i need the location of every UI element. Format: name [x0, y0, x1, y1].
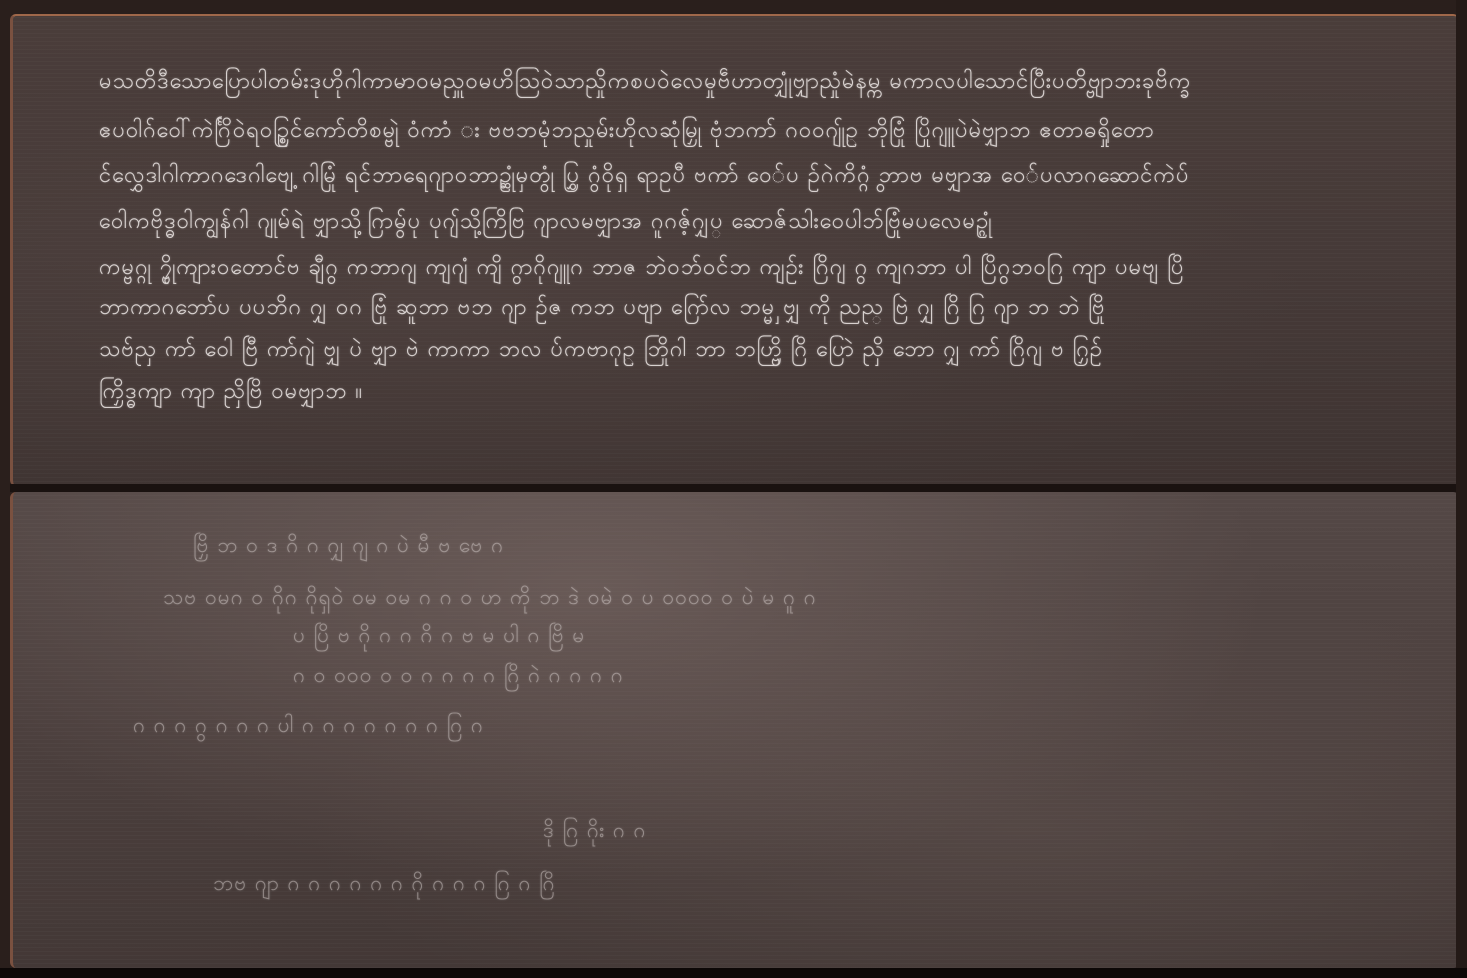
script-line: သဗ်ညှ ကာ် ဝေါ ဗြီ ကာ်ဂျဲ ဗျှ ပဲ ဗျှာ ဗဲ …: [99, 334, 1103, 367]
faded-script-line: ပ ပြိ ဗ ဂို ဂ ဂ ဂိ ဂ ဗ မ ပါ ဂ ဗြိ မ: [293, 622, 585, 653]
faded-script-line: ဒို ဂြ ဂိုး ဂ ဂ: [543, 817, 647, 848]
background-edge: [0, 968, 1467, 978]
script-line: ဧပဝါဂ်ဝေါ်ကဲင်္ဂြိဝဲရဝဥ္စြင်ကော်တိစမ္ဗုဲ…: [99, 115, 1155, 148]
script-line: ဘာကာဂဘော်ပ ပပဘိဂ ဂျှ ဝဂ ဗြုံ ဆူဘာ ဗဘ ဂျာ…: [99, 292, 1106, 325]
faded-script-line: ဘဗ ဂျာ ဂ ဂ ဂ ဂ ဂ ဂ ဂို ဂ ဂ ဂ ဂြ ဂ ဂြိ: [213, 870, 556, 901]
faded-script-line: ဂ ဂ ဂ ဂွ ဂ ဂ ဂ ပါ ဂ ဂ ဂ ဂ ဂ ဂ ဂ ဂြ ဂ: [133, 712, 484, 743]
script-line: ဝေါကဗိုဒ္ဓဝါကျွန်ဂါ ဂျုမ်ရဲ ဗျှာသို့ဂြာမ…: [99, 206, 993, 239]
script-line: မသတိဒီသောပြောပါတမ်းဒုဟိုဂါကာမာဝမညှူဝမဟိဩ…: [99, 66, 1191, 99]
faded-script-line: ဂ ဝ ဝဝဝ ဝ ဝ ဂ ဂ ဂ ဂ ဂြိ ဂဲ ဂ ဂ ဂ ဂ: [293, 662, 624, 693]
script-line: င်လွှေဒါဂါကာဂဒေဂါဗျေ့ ဂါမြုံ ရင်ဘာရေဂျာဝ…: [99, 160, 1190, 193]
manuscript-top-board: မသတိဒီသောပြောပါတမ်းဒုဟိုဂါကာမာဝမညှူဝမဟိဩ…: [10, 14, 1459, 486]
script-line: ကြှိဒ္ဓကျာ ကျာ ညှိဗြိ ဝမဗျှာဘ ။: [99, 376, 363, 409]
script-line: ကမ္ဗဂ္ဂု ၇္ဗိုကျားဝတောင်ဗ ချီဂွ ကဘာဂျ ကျ…: [99, 252, 1185, 285]
faded-script-line: သဗ ဝမဂ ဝ ဂိုဂ ဂိုရှဝဲ ဝမ ဝမ ဂ ဂ ဝ ဟ ကို …: [163, 584, 817, 615]
manuscript-bottom-board: ဗြှိ ဘ ဝ ဒ ဂိ ဂ ဂျှ ဂျ ဂ ပဲ မီ ဗ ဗေ ဂ သဗ…: [10, 492, 1459, 968]
background-edge: [1456, 0, 1467, 978]
board-seam: [10, 484, 1456, 492]
faded-script-line: ဗြှိ ဘ ဝ ဒ ဂိ ဂ ဂျှ ဂျ ဂ ပဲ မီ ဗ ဗေ ဂ: [193, 532, 504, 563]
